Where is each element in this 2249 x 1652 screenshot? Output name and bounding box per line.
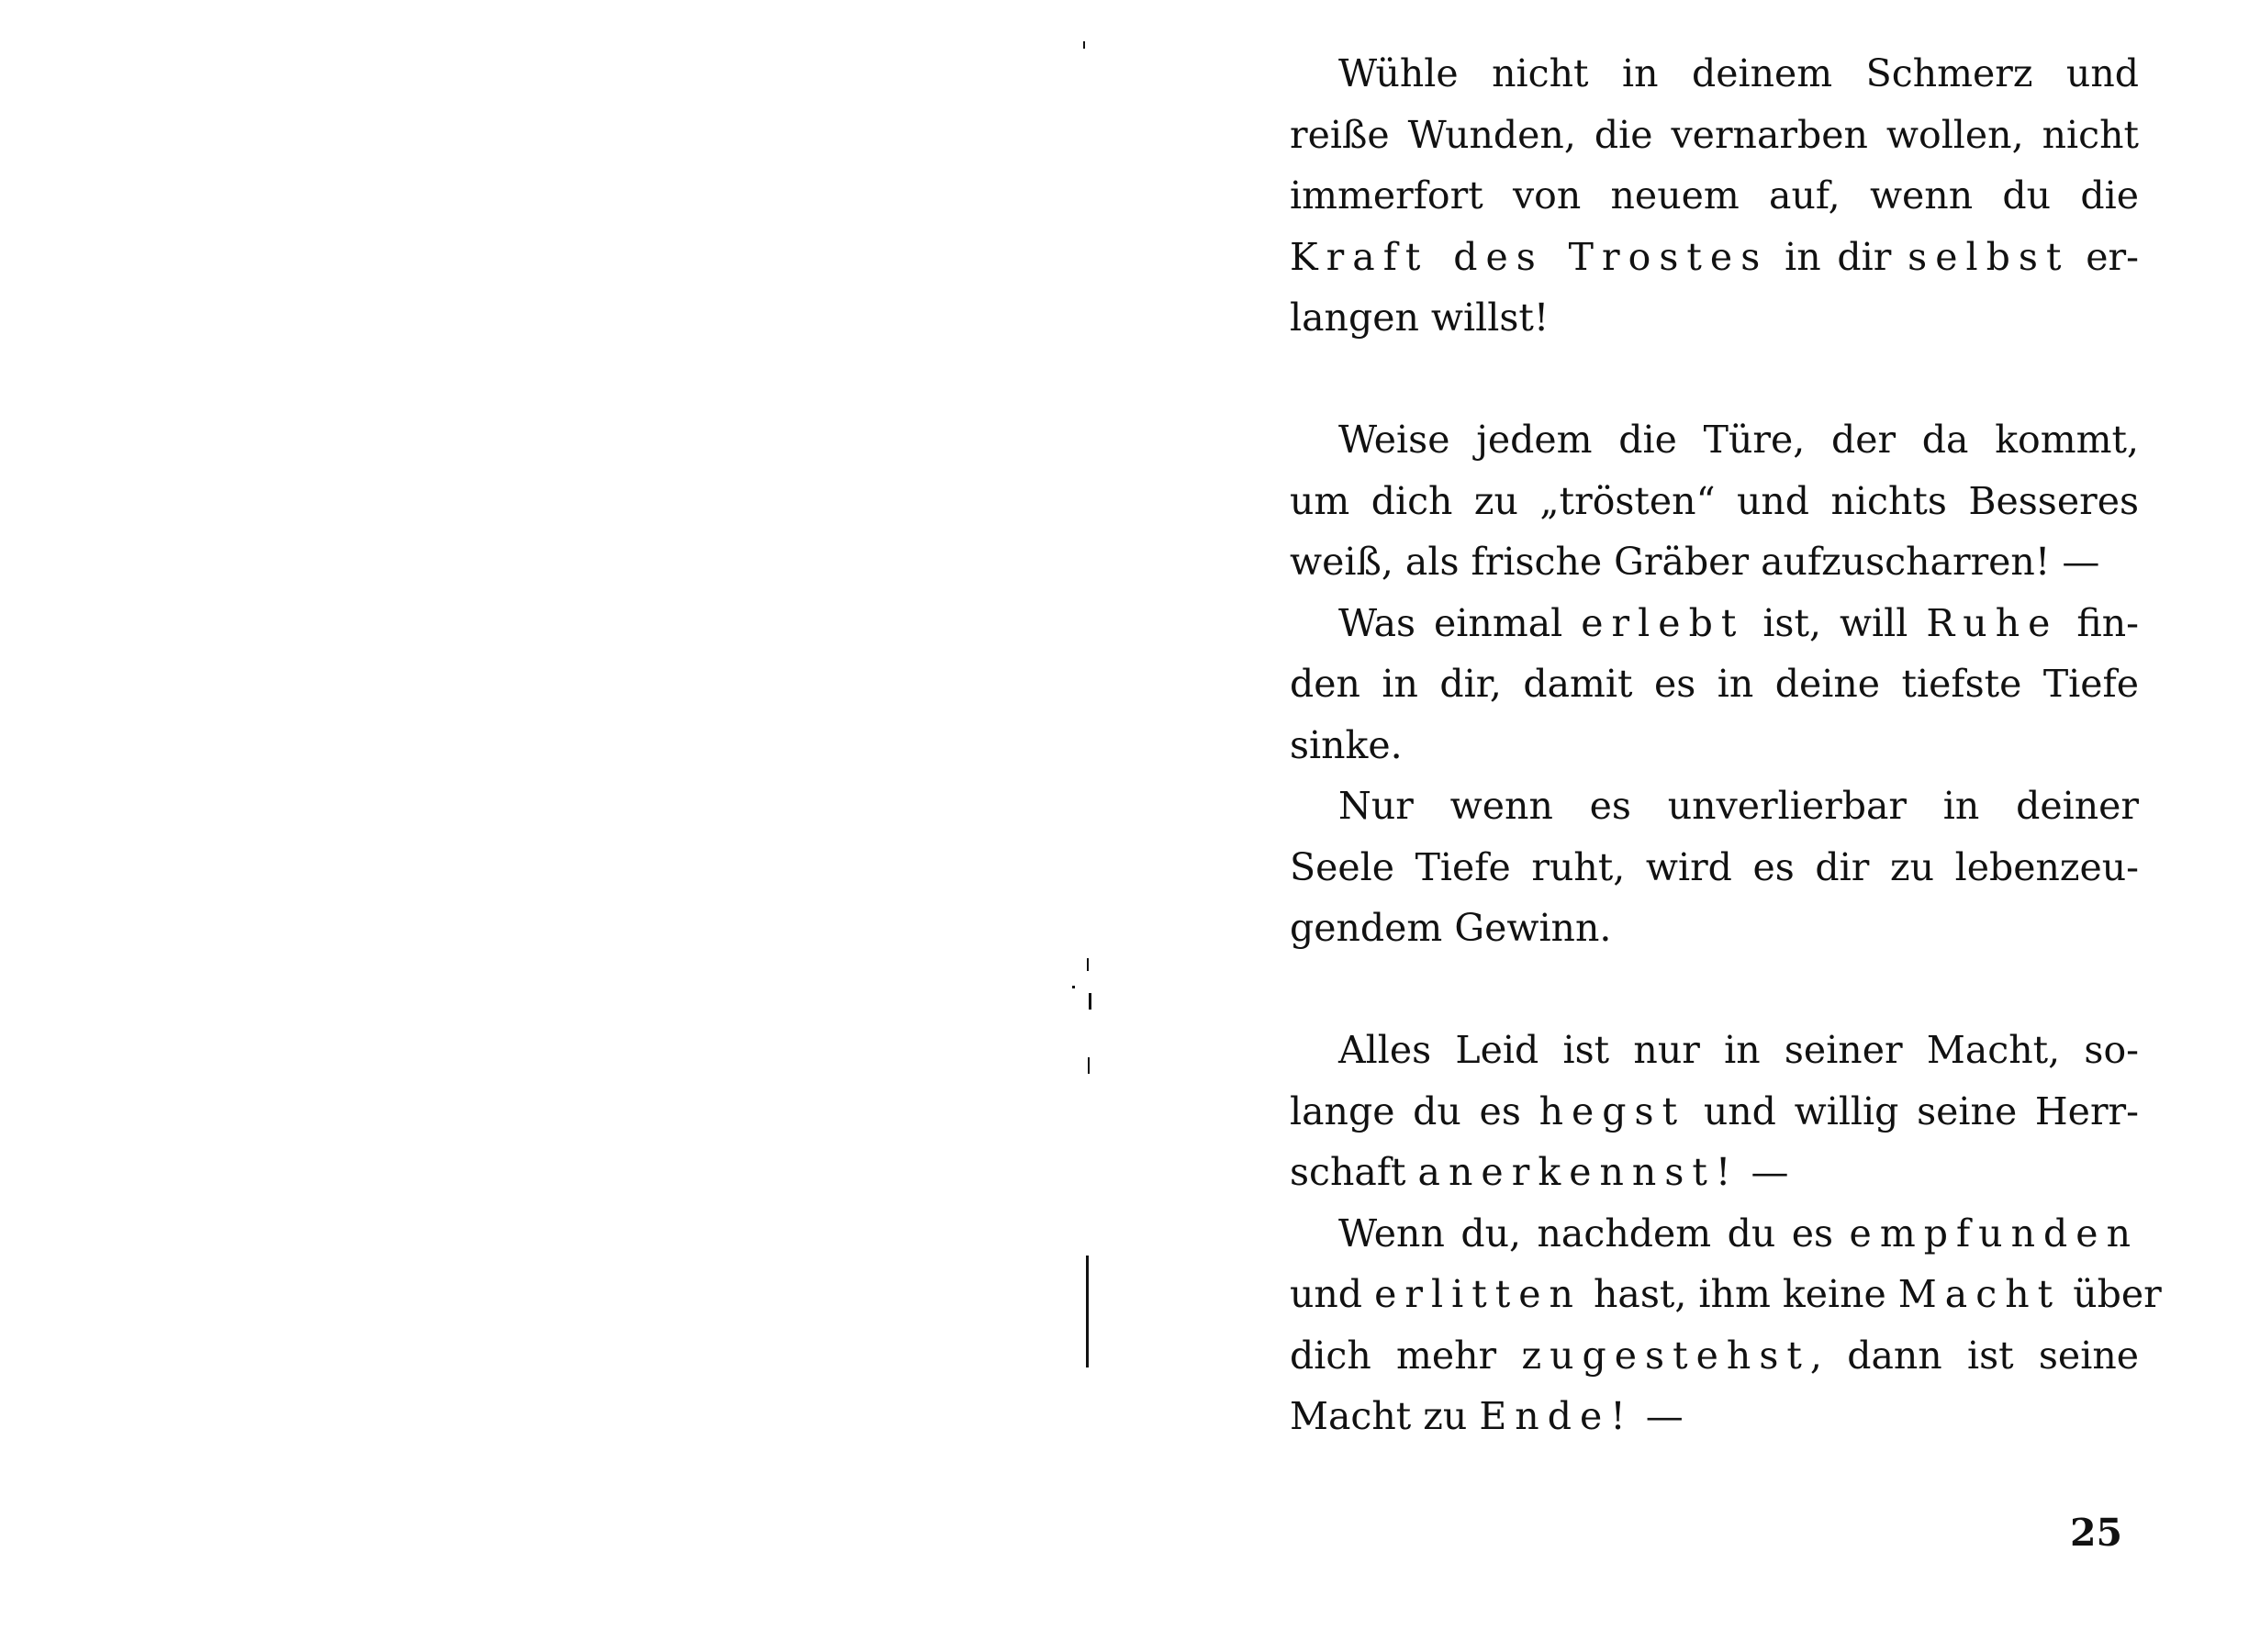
text-run: ist, will <box>1744 601 1926 645</box>
paragraph: Was einmal erlebt ist, will Ruhe fin-den… <box>1290 593 2139 776</box>
left-page-blank <box>0 0 1092 1652</box>
text-run: , dann ist seine <box>1810 1334 2139 1378</box>
page-number: 25 <box>2070 1510 2122 1556</box>
paragraph-spacer <box>1290 349 2139 410</box>
emphasized-word: anerkennst! <box>1418 1150 1740 1194</box>
text-run: in dir <box>1768 235 1908 279</box>
text-line: lange du es hegst und willig seine Herr- <box>1290 1081 2139 1143</box>
emphasized-word: Ruhe <box>1926 601 2058 645</box>
gutter-speck <box>1083 41 1085 49</box>
text-line: Macht zu Ende! — <box>1290 1386 2139 1447</box>
gutter-mark-upper-2 <box>1089 993 1091 1010</box>
gutter-mark-dot <box>1072 986 1075 988</box>
paragraph: Wühle nicht in deinem Schmerz undreiße W… <box>1290 43 2139 349</box>
paragraph: Wenn du, nachdem du es empfundenund erli… <box>1290 1203 2139 1447</box>
text-run: und willig seine Herr- <box>1685 1089 2139 1133</box>
text-line: Was einmal erlebt ist, will Ruhe fin- <box>1290 593 2139 654</box>
paragraph: Alles Leid ist nur in seiner Macht, so-l… <box>1290 1020 2139 1203</box>
text-line: Weise jedem die Türe, der da kommt, <box>1290 409 2139 471</box>
paragraph: Weise jedem die Türe, der da kommt,um di… <box>1290 409 2139 593</box>
text-line: und erlitten hast, ihm keine Macht über <box>1290 1264 2139 1325</box>
text-line: dich mehr zugestehst, dann ist seine <box>1290 1325 2139 1387</box>
text-run: fin- <box>2058 601 2139 645</box>
text-line: Seele Tiefe ruht, wird es dir zu lebenze… <box>1290 837 2139 899</box>
text-line: gendem Gewinn. <box>1290 898 2139 959</box>
emphasized-word: erlebt <box>1581 601 1744 645</box>
text-line: Kraft des Trostes in dir selbst er- <box>1290 227 2139 288</box>
book-spread: Wühle nicht in deinem Schmerz undreiße W… <box>0 0 2249 1652</box>
text-line: schaft anerkennst! — <box>1290 1142 2139 1203</box>
text-run: und <box>1290 1272 1374 1316</box>
emphasized-word: Macht <box>1898 1272 2061 1316</box>
gutter-binding-line <box>1086 1256 1089 1367</box>
emphasized-word: erlitten <box>1374 1272 1582 1316</box>
text-run: Was einmal <box>1338 601 1581 645</box>
emphasized-word: empfunden <box>1850 1211 2139 1256</box>
text-run: dich mehr <box>1290 1334 1521 1378</box>
text-line: reiße Wunden, die vernarben wollen, nich… <box>1290 105 2139 166</box>
emphasized-word: selbst <box>1908 235 2069 279</box>
gutter-mark-mid <box>1088 1057 1090 1074</box>
text-line: Alles Leid ist nur in seiner Macht, so- <box>1290 1020 2139 1081</box>
gutter-mark-upper <box>1087 958 1089 971</box>
text-run: Macht zu <box>1290 1394 1479 1438</box>
text-line: sinke. <box>1290 715 2139 776</box>
emphasized-word: Ende! <box>1479 1394 1633 1438</box>
text-line: Wühle nicht in deinem Schmerz und <box>1290 43 2139 105</box>
body-text: Wühle nicht in deinem Schmerz undreiße W… <box>1290 43 2139 1447</box>
text-run: schaft <box>1290 1150 1418 1194</box>
text-line: Wenn du, nachdem du es empfunden <box>1290 1203 2139 1265</box>
text-run: Wenn du, nachdem du es <box>1338 1211 1850 1256</box>
paragraph: Nur wenn es unverlierbar in deinerSeele … <box>1290 776 2139 959</box>
text-run: lange du es <box>1290 1089 1539 1133</box>
text-line: weiß, als frische Gräber aufzuscharren! … <box>1290 531 2139 593</box>
emphasized-word: zugestehst <box>1521 1334 1809 1378</box>
text-run: über <box>2061 1272 2162 1316</box>
text-line: langen willst! <box>1290 287 2139 349</box>
emphasized-word: Kraft des Trostes <box>1290 235 1768 279</box>
emphasized-word: hegst <box>1539 1089 1686 1133</box>
text-run: — <box>1739 1150 1788 1194</box>
text-line: immerfort von neuem auf, wenn du die <box>1290 165 2139 227</box>
text-run: hast, ihm keine <box>1582 1272 1898 1316</box>
text-line: um dich zu „trösten“ und nichts Besseres <box>1290 471 2139 532</box>
text-run: er- <box>2069 235 2139 279</box>
paragraph-spacer <box>1290 959 2139 1021</box>
text-line: Nur wenn es unverlierbar in deiner <box>1290 776 2139 837</box>
text-run: — <box>1634 1394 1684 1438</box>
text-line: den in dir, damit es in deine tiefste Ti… <box>1290 653 2139 715</box>
